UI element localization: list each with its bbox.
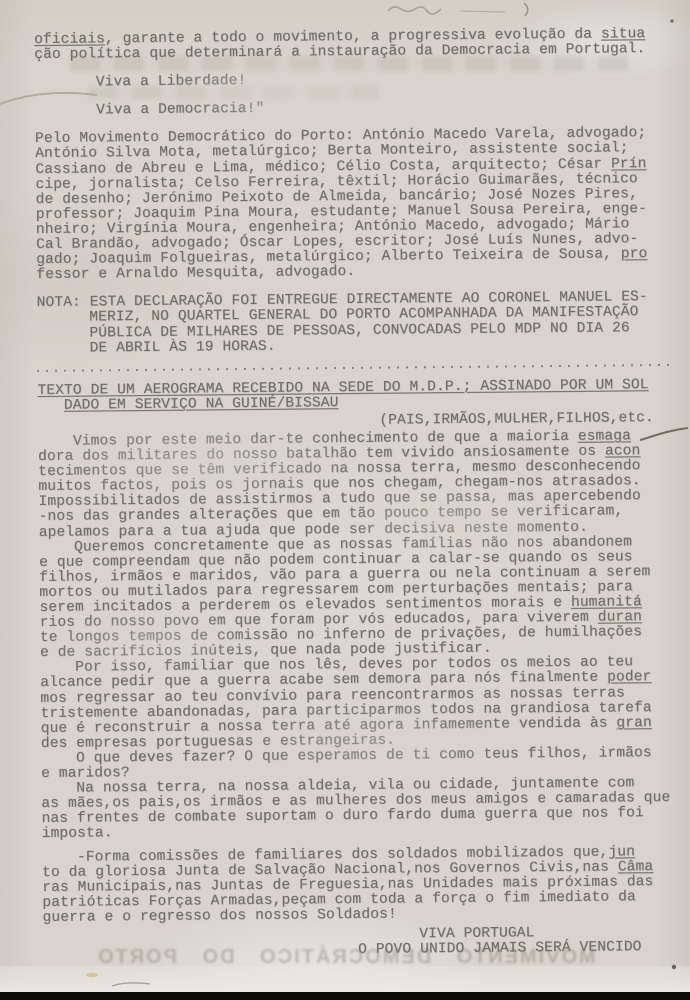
- underlined-fragment: pro: [621, 246, 648, 262]
- underlined-fragment: DADO EM SERVIÇO NA GUINÉ/BISSAU: [64, 395, 339, 414]
- underlined-fragment: poder: [607, 670, 651, 686]
- typed-text: oficiais, garante a todo o movimento, a …: [34, 27, 677, 961]
- stain-yellow: [86, 973, 98, 978]
- text-fragment: fessor e Arnaldo Mesquita, advogado.: [36, 264, 355, 283]
- underlined-fragment: duran: [598, 609, 642, 625]
- text-fragment: Viva a Liberdade!: [96, 73, 247, 90]
- bottom-light-band: [0, 966, 690, 993]
- ink-speck: [670, 19, 673, 22]
- text-fragment: DE ABRIL ÀS 19 HORAS.: [89, 338, 275, 356]
- scanned-document-page: oficiais, garante a todo o movimento, a …: [0, 0, 690, 1000]
- ink-speck: [672, 965, 676, 969]
- pencil-paren-mark: [524, 3, 528, 16]
- underlined-fragment: acon: [605, 443, 641, 459]
- text-fragment: (PAIS,IRMÃOS,MULHER,FILHOS,etc.: [379, 410, 654, 429]
- underlined-fragment: Câma: [618, 859, 654, 875]
- underlined-fragment: Prín: [611, 156, 647, 172]
- pencil-squiggle: [388, 7, 441, 14]
- underlined-fragment: esmaga: [578, 428, 631, 445]
- text-fragment: Viva a Democracia!": [96, 101, 264, 119]
- pencil-dash: [460, 11, 505, 12]
- underlined-fragment: situa: [601, 26, 645, 42]
- pencil-dash-bottom: [112, 983, 150, 986]
- bleedthrough-headline: MOVIMENTO DEMOCRÁTICO DO PORTO: [40, 946, 652, 969]
- text-fragment: guerra e o regresso dos nossos Soldados!: [42, 906, 396, 925]
- underlined-fragment: gran: [616, 715, 652, 731]
- underlined-fragment: jun: [608, 844, 635, 860]
- scan-edge-bar: [0, 992, 690, 1000]
- text-fragment: imposta.: [42, 826, 113, 843]
